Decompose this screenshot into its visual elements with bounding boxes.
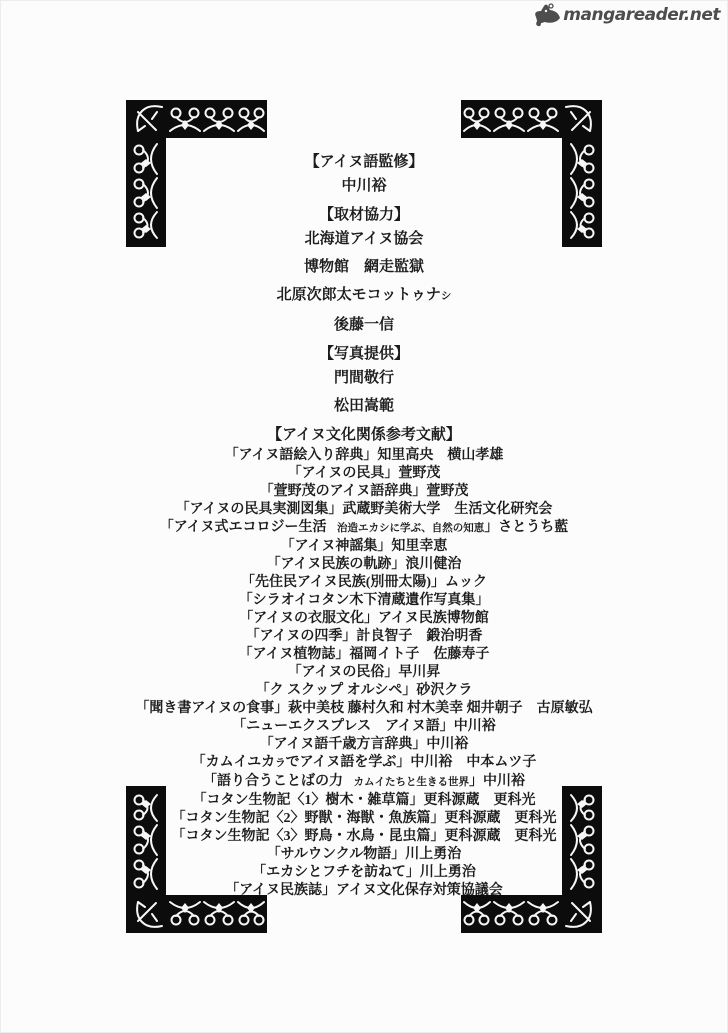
reference-item: 「コタン生物記〈2〉野獣・海獣・魚族篇」更科源蔵 更科光	[0, 810, 728, 828]
reference-item: 「コタン生物記〈3〉野鳥・水鳥・昆虫篇」更科源蔵 更科光	[0, 828, 728, 846]
text-segment: 「コタン生物記〈3〉野鳥・水鳥・昆虫篇」更科源蔵 更科光	[172, 829, 557, 844]
text-segment: 」中川裕	[469, 774, 525, 789]
references-heading: 【アイヌ文化関係参考文献】	[0, 425, 728, 445]
reference-item: 「アイヌ民族誌」アイヌ文化保存対策協議会	[0, 882, 728, 900]
text-segment: 「アイヌ神謡集」知里幸恵	[281, 539, 448, 554]
text-segment: 「アイヌの民具実測図集」武蔵野美術大学 生活文化研究会	[176, 502, 553, 517]
text-segment: 「萱野茂のアイヌ語辞典」萱野茂	[260, 484, 469, 499]
text-segment: 「アイヌ民族の軌跡」浪川健治	[267, 557, 462, 572]
manga-credits-page: mangareader.net	[0, 0, 728, 1033]
reference-item: 「萱野茂のアイヌ語辞典」萱野茂	[0, 483, 728, 501]
reference-item: 「ニューエクスプレス アイヌ語」中川裕	[0, 718, 728, 736]
text-segment: 「アイヌ式エコロジー生活	[160, 520, 327, 535]
credit-section: 【写真提供】門間敬行松田嵩範	[0, 344, 728, 416]
text-segment: 「聞き書アイヌの食事」萩中美枝 藤村久和 村木美幸 畑井朝子 古原敏弘	[135, 701, 592, 716]
credit-section: 【取材協力】北海道アイヌ協会博物館 網走監獄北原次郎太モコットゥナシ後藤一信	[0, 205, 728, 335]
text-segment: 門間敬行	[334, 370, 394, 386]
text-segment: 「シラオイコタン木下清蔵遺作写真集」	[239, 593, 490, 608]
reference-item: 「アイヌの衣服文化」アイヌ民族博物館	[0, 610, 728, 628]
text-segment: 「エカシとフチを訪ねて」川上勇治	[252, 865, 476, 880]
reference-item: 「先住民アイヌ民族(別冊太陽)」ムック	[0, 574, 728, 592]
credit-line: 松田嵩範	[0, 396, 728, 416]
reference-item: 「カムイユカラでアイヌ語を学ぶ」中川裕 中本ムツ子	[0, 754, 728, 773]
credits-block: 【アイヌ語監修】中川裕【取材協力】北海道アイヌ協会博物館 網走監獄北原次郎太モコ…	[0, 152, 728, 900]
credit-line: 後藤一信	[0, 315, 728, 335]
credit-section: 【アイヌ語監修】中川裕	[0, 152, 728, 196]
credit-line: 北海道アイヌ協会	[0, 229, 728, 249]
reference-item: 「アイヌ神謡集」知里幸恵	[0, 538, 728, 556]
reference-item: 「アイヌの民具実測図集」武蔵野美術大学 生活文化研究会	[0, 501, 728, 519]
reference-item: 「コタン生物記〈1〉樹木・雑草篇」更科源蔵 更科光	[0, 792, 728, 810]
text-segment: 中川裕	[341, 178, 386, 194]
text-segment: 北海道アイヌ協会	[305, 231, 424, 247]
reference-item: 「聞き書アイヌの食事」萩中美枝 藤村久和 村木美幸 畑井朝子 古原敏弘	[0, 700, 728, 718]
reference-item: 「アイヌ植物誌」福岡イト子 佐藤寿子	[0, 646, 728, 664]
section-heading: 【アイヌ語監修】	[0, 152, 728, 172]
reference-item: 「シラオイコタン木下清蔵遺作写真集」	[0, 592, 728, 610]
text-segment: 北原次郎太モコットゥナ	[277, 287, 441, 303]
credit-line: 北原次郎太モコットゥナシ	[0, 285, 728, 307]
reference-item: 「アイヌ語絵入り辞典」知里高央 横山孝雄	[0, 447, 728, 465]
section-heading: 【写真提供】	[0, 344, 728, 364]
text-segment: 」さとうち藍	[484, 520, 568, 535]
credit-line: 中川裕	[0, 176, 728, 196]
site-name: mangareader.net	[563, 5, 720, 25]
credit-sections: 【アイヌ語監修】中川裕【取材協力】北海道アイヌ協会博物館 網走監獄北原次郎太モコ…	[0, 152, 728, 416]
reference-item: 「サルウンクル物語」川上勇治	[0, 846, 728, 864]
text-segment: 博物館 網走監獄	[304, 259, 424, 275]
text-segment: 「先住民アイヌ民族(別冊太陽)」ムック	[241, 575, 487, 590]
text-segment: 「アイヌ民族誌」アイヌ文化保存対策協議会	[225, 883, 502, 898]
reference-item: 「アイヌ民族の軌跡」浪川健治	[0, 556, 728, 574]
text-segment: 松田嵩範	[334, 398, 394, 414]
credit-line: 門間敬行	[0, 368, 728, 388]
reference-item: 「ク スクップ オルシペ」砂沢クラ	[0, 682, 728, 700]
mascot-icon	[533, 3, 560, 27]
text-segment: でアイヌ語を学ぶ」中川裕 中本ムツ子	[286, 755, 537, 770]
credit-line: 博物館 網走監獄	[0, 257, 728, 277]
text-segment: 「アイヌ語千歳方言辞典」中川裕	[260, 737, 469, 752]
text-segment: 「アイヌの民俗」早川昇	[288, 665, 441, 680]
text-segment: 後藤一信	[334, 317, 394, 333]
text-segment: 「コタン生物記〈2〉野獣・海獣・魚族篇」更科源蔵 更科光	[172, 811, 557, 826]
text-segment: 「コタン生物記〈1〉樹木・雑草篇」更科源蔵 更科光	[193, 793, 536, 808]
text-segment: 治造エカシに学ぶ、自然の知恵	[327, 523, 485, 534]
reference-item: 「アイヌの四季」計良智子 鍛治明香	[0, 628, 728, 646]
reference-item: 「アイヌ式エコロジー生活 治造エカシに学ぶ、自然の知恵」さとうち藍	[0, 519, 728, 538]
text-segment: 「語り合うことばの力	[203, 774, 343, 789]
text-segment: 「アイヌ植物誌」福岡イト子 佐藤寿子	[239, 647, 490, 662]
text-segment: 「サルウンクル物語」川上勇治	[267, 847, 462, 862]
site-watermark[interactable]: mangareader.net	[533, 3, 720, 27]
text-segment: 「アイヌの四季」計良智子 鍛治明香	[246, 629, 483, 644]
reference-item: 「エカシとフチを訪ねて」川上勇治	[0, 864, 728, 882]
text-segment: 「カムイユカ	[192, 755, 275, 770]
text-segment: カムイたちと生きる世界	[343, 777, 469, 788]
text-segment: 「アイヌの民具」萱野茂	[288, 466, 441, 481]
text-segment: 「ニューエクスプレス アイヌ語」中川裕	[232, 719, 496, 734]
reference-list: 「アイヌ語絵入り辞典」知里高央 横山孝雄「アイヌの民具」萱野茂「萱野茂のアイヌ語…	[0, 447, 728, 900]
reference-item: 「アイヌの民俗」早川昇	[0, 664, 728, 682]
section-heading: 【取材協力】	[0, 205, 728, 225]
reference-item: 「語り合うことばの力 カムイたちと生きる世界」中川裕	[0, 773, 728, 792]
text-segment: 「ク スクップ オルシペ」砂沢クラ	[256, 683, 473, 698]
text-segment: シ	[441, 291, 452, 302]
text-segment: ラ	[275, 758, 286, 769]
text-segment: 「アイヌ語絵入り辞典」知里高央 横山孝雄	[225, 448, 504, 463]
text-segment: 「アイヌの衣服文化」アイヌ民族博物館	[239, 611, 488, 626]
reference-item: 「アイヌ語千歳方言辞典」中川裕	[0, 736, 728, 754]
reference-item: 「アイヌの民具」萱野茂	[0, 465, 728, 483]
